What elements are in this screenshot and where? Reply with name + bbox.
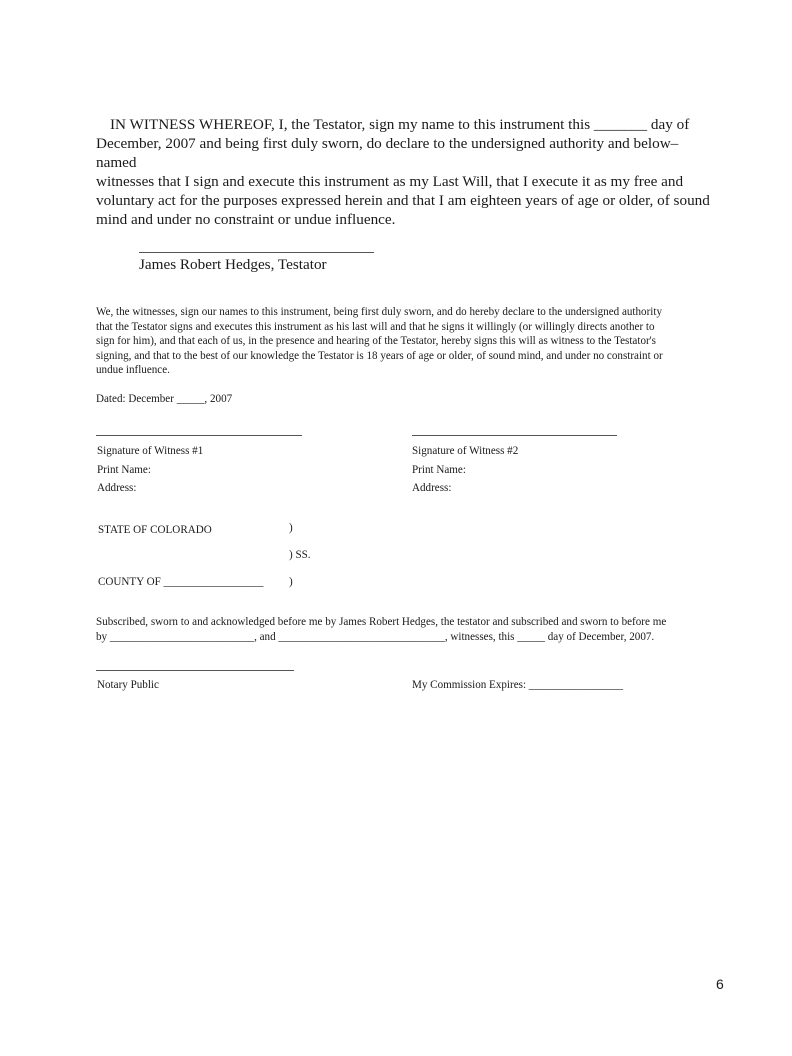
commission-expires-label: My Commission Expires: _________________ xyxy=(412,678,623,692)
notary-clause-line: Subscribed, sworn to and acknowledged be… xyxy=(96,615,721,630)
notary-clause-line: by __________________________, and _____… xyxy=(96,630,721,645)
witness-clause-line: signing, and that to the best of our kno… xyxy=(96,349,721,364)
testator-clause-line: IN WITNESS WHEREOF, I, the Testator, sig… xyxy=(110,116,689,133)
witness-1-signature-line[interactable] xyxy=(96,435,302,436)
testator-clause-line: December, 2007 and being first duly swor… xyxy=(96,134,716,172)
witness-clause-line: that the Testator signs and executes thi… xyxy=(96,320,721,335)
notary-signature-line[interactable] xyxy=(96,670,294,671)
witness-clause: We, the witnesses, sign our names to thi… xyxy=(96,305,721,378)
witness-2-signature-line[interactable] xyxy=(412,435,617,436)
page-number: 6 xyxy=(716,976,724,992)
testator-clause-line: witnesses that I sign and execute this i… xyxy=(96,172,716,191)
witness-1-print-name-label: Print Name: xyxy=(97,463,151,477)
witness-2-signature-label: Signature of Witness #2 xyxy=(412,444,518,458)
witness-1-signature-label: Signature of Witness #1 xyxy=(97,444,203,458)
testator-clause: IN WITNESS WHEREOF, I, the Testator, sig… xyxy=(96,115,716,229)
witness-clause-line: undue influence. xyxy=(96,363,721,378)
testator-clause-line: voluntary act for the purposes expressed… xyxy=(96,191,716,210)
testator-name: James Robert Hedges, Testator xyxy=(139,256,327,274)
witness-2-address-label: Address: xyxy=(412,481,451,495)
venue-ss: ) SS. xyxy=(289,548,311,562)
notary-clause: Subscribed, sworn to and acknowledged be… xyxy=(96,615,721,644)
dated-line: Dated: December _____, 2007 xyxy=(96,392,232,406)
testator-signature-line[interactable] xyxy=(139,252,374,253)
notary-public-label: Notary Public xyxy=(97,678,159,692)
testator-clause-line: mind and under no constraint or undue in… xyxy=(96,210,716,229)
witness-clause-line: We, the witnesses, sign our names to thi… xyxy=(96,305,721,320)
witness-1-address-label: Address: xyxy=(97,481,136,495)
venue-paren: ) xyxy=(289,521,293,535)
witness-2-print-name-label: Print Name: xyxy=(412,463,466,477)
venue-county: COUNTY OF __________________ xyxy=(98,575,263,589)
venue-paren: ) xyxy=(289,575,293,589)
venue-state: STATE OF COLORADO xyxy=(98,523,212,537)
witness-clause-line: sign for him), and that each of us, in t… xyxy=(96,334,721,349)
